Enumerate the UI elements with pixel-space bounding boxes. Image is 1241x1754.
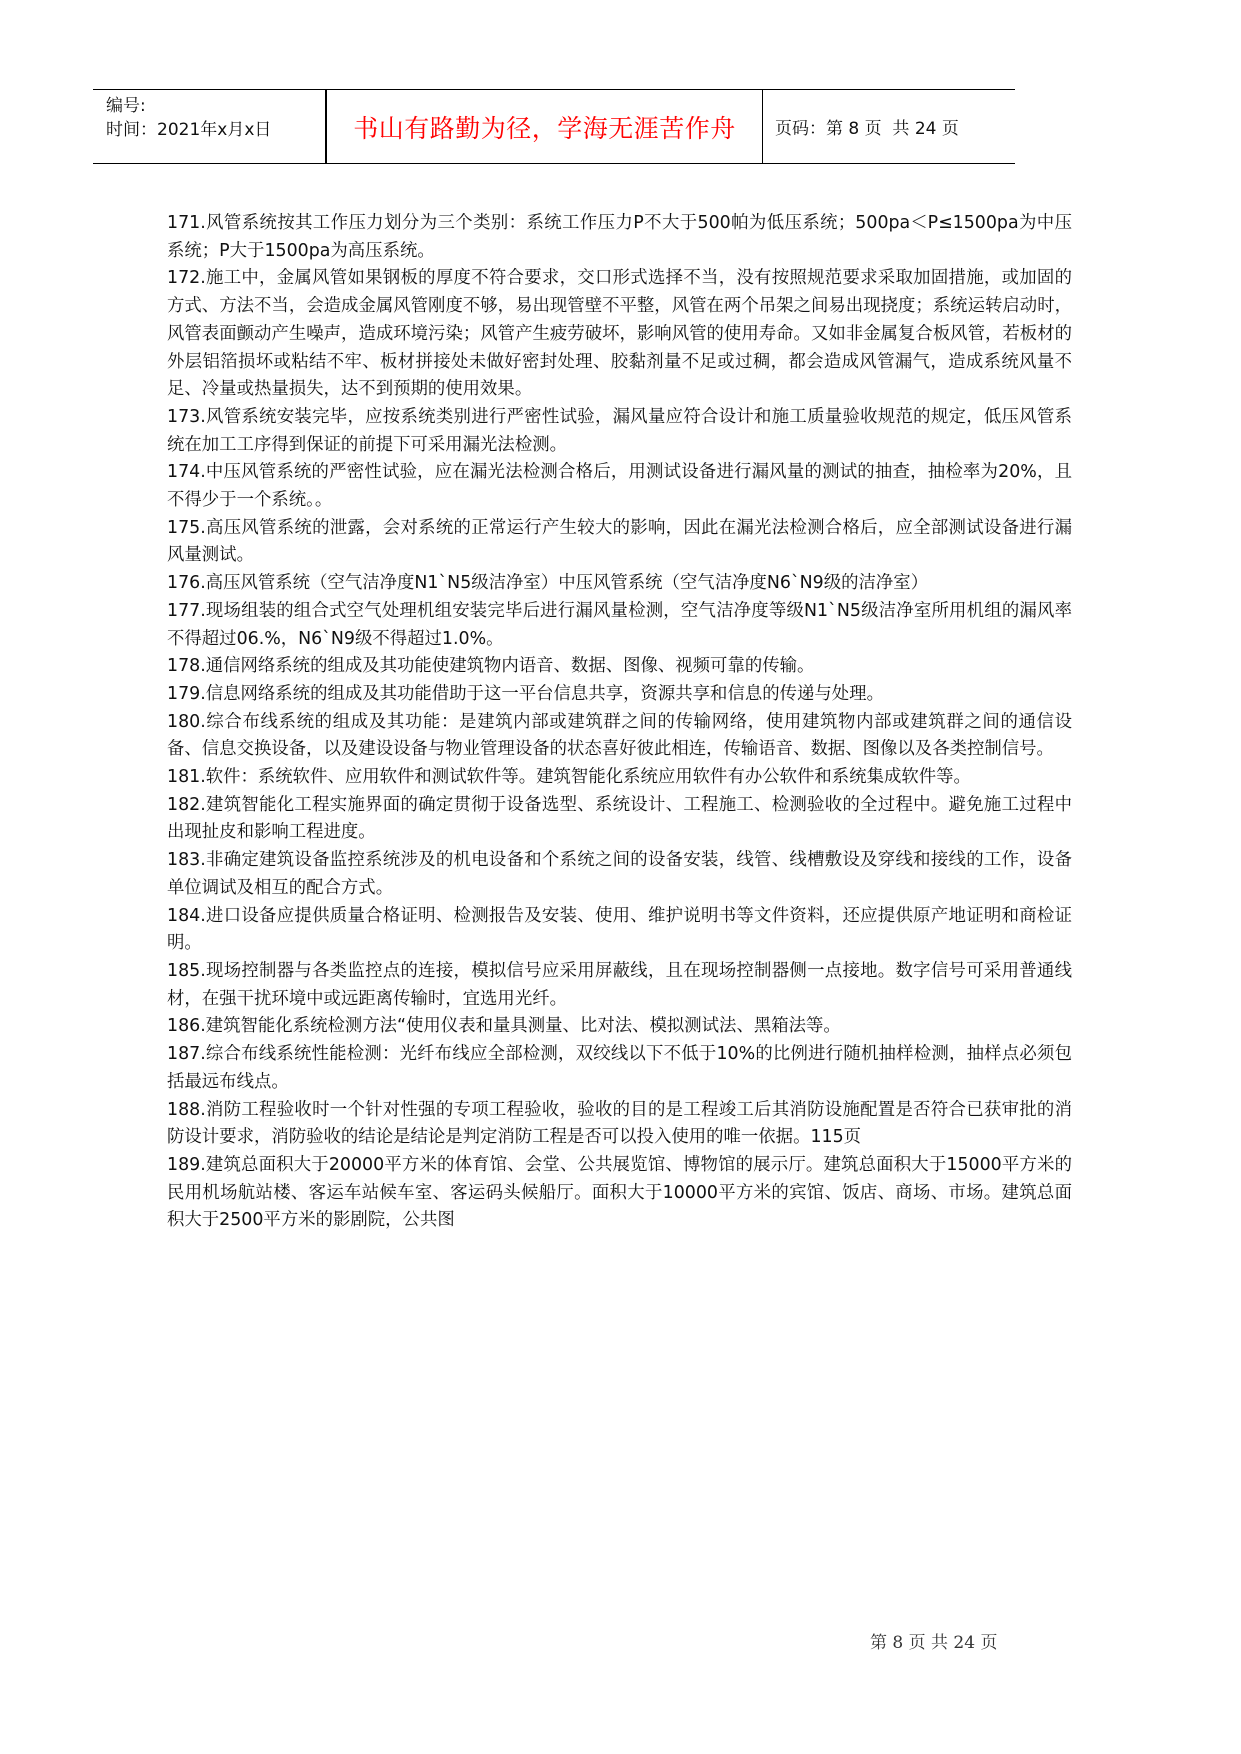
paragraph-179: 179.信息网络系统的组成及其功能借助于这一平台信息共享，资源共享和信息的传递与… <box>167 681 1072 709</box>
page-header-table: 编号: 时间：2021年x月x日 书山有路勤为径，学海无涯苦作舟 页码：第 8 … <box>93 89 1015 164</box>
paragraph-173: 173.风管系统安装完毕，应按系统类别进行严密性试验，漏风量应符合设计和施工质量… <box>167 404 1072 459</box>
paragraph-189: 189.建筑总面积大于20000平方米的体育馆、会堂、公共展览馆、博物馆的展示厅… <box>167 1152 1072 1235</box>
paragraph-181: 181.软件：系统软件、应用软件和测试软件等。建筑智能化系统应用软件有办公软件和… <box>167 764 1072 792</box>
paragraph-182: 182.建筑智能化工程实施界面的确定贯彻于设备选型、系统设计、工程施工、检测验收… <box>167 792 1072 847</box>
paragraph-185: 185.现场控制器与各类监控点的连接，模拟信号应采用屏蔽线，且在现场控制器侧一点… <box>167 958 1072 1013</box>
document-number-label: 编号: <box>106 94 325 118</box>
paragraph-184: 184.进口设备应提供质量合格证明、检测报告及安装、使用、维护说明书等文件资料，… <box>167 903 1072 958</box>
paragraph-187: 187.综合布线系统性能检测：光纤布线应全部检测，双绞线以下不低于10%的比例进… <box>167 1041 1072 1096</box>
page-footer-number: 第 8 页 共 24 页 <box>870 1628 997 1653</box>
paragraph-177: 177.现场组装的组合式空气处理机组安装完毕后进行漏风量检测，空气洁净度等级N1… <box>167 598 1072 653</box>
header-page-cell: 页码：第 8 页 共 24 页 <box>763 90 1015 163</box>
paragraph-183: 183.非确定建筑设备监控系统涉及的机电设备和个系统之间的设备安装，线管、线槽敷… <box>167 847 1072 902</box>
header-motto-cell: 书山有路勤为径，学海无涯苦作舟 <box>327 90 763 163</box>
document-time-label: 时间：2021年x月x日 <box>106 118 325 142</box>
header-page-info: 页码：第 8 页 共 24 页 <box>775 114 959 139</box>
paragraph-175: 175.高压风管系统的泄露，会对系统的正常运行产生较大的影响，因此在漏光法检测合… <box>167 515 1072 570</box>
paragraph-178: 178.通信网络系统的组成及其功能使建筑物内语音、数据、图像、视频可靠的传输。 <box>167 653 1072 681</box>
paragraph-172: 172.施工中，金属风管如果钢板的厚度不符合要求，交口形式选择不当，没有按照规范… <box>167 265 1072 404</box>
header-meta-cell: 编号: 时间：2021年x月x日 <box>93 90 327 163</box>
document-body: 171.风管系统按其工作压力划分为三个类别：系统工作压力P不大于500帕为低压系… <box>167 210 1072 1235</box>
paragraph-180: 180.综合布线系统的组成及其功能：是建筑内部或建筑群之间的传输网络，使用建筑物… <box>167 709 1072 764</box>
paragraph-176: 176.高压风管系统（空气洁净度N1`N5级洁净室）中压风管系统（空气洁净度N6… <box>167 570 1072 598</box>
paragraph-186: 186.建筑智能化系统检测方法“使用仪表和量具测量、比对法、模拟测试法、黑箱法等… <box>167 1013 1072 1041</box>
paragraph-188: 188.消防工程验收时一个针对性强的专项工程验收，验收的目的是工程竣工后其消防设… <box>167 1097 1072 1152</box>
header-motto: 书山有路勤为径，学海无涯苦作舟 <box>353 109 736 145</box>
paragraph-174: 174.中压风管系统的严密性试验，应在漏光法检测合格后，用测试设备进行漏风量的测… <box>167 459 1072 514</box>
paragraph-171: 171.风管系统按其工作压力划分为三个类别：系统工作压力P不大于500帕为低压系… <box>167 210 1072 265</box>
